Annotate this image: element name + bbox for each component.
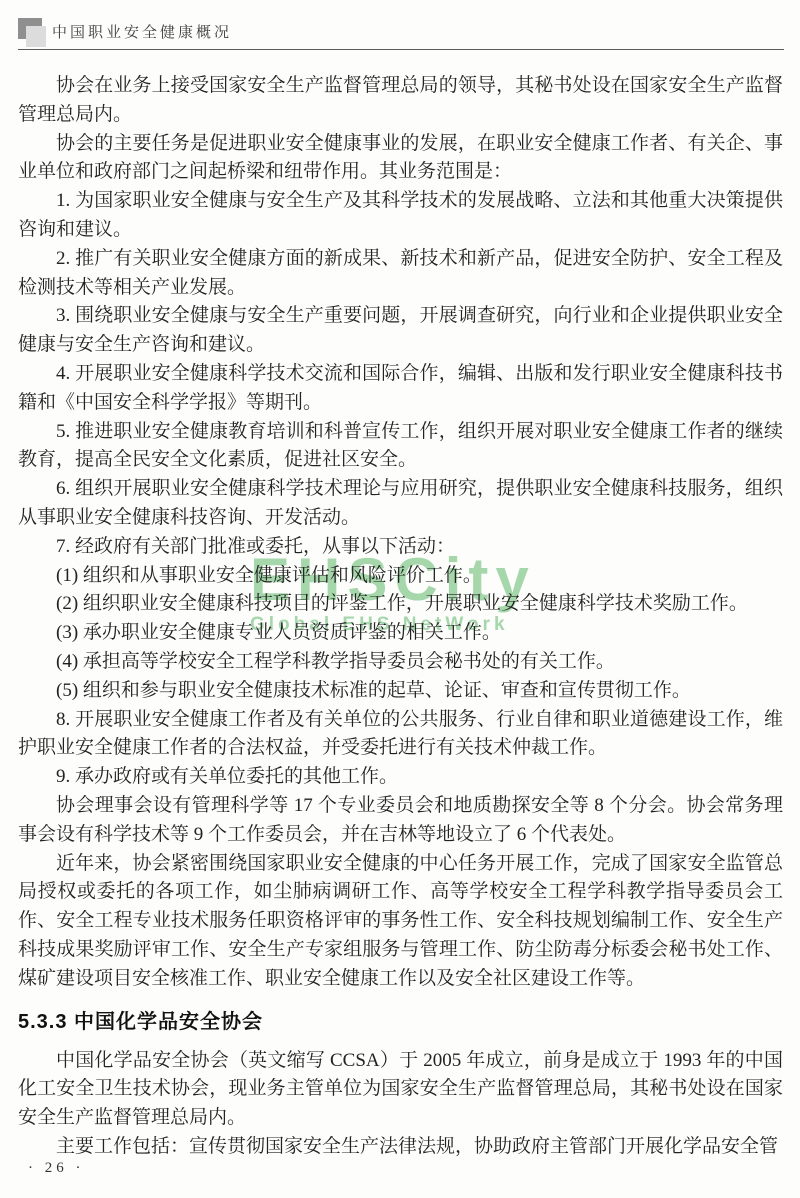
paragraph: 中国化学品安全协会（英文缩写 CCSA）于 2005 年成立，前身是成立于 19… [18, 1047, 783, 1133]
sub-list-item: (5) 组织和参与职业安全健康技术标准的起草、论证、审查和宣传贯彻工作。 [18, 677, 783, 706]
list-item: 6. 组织开展职业安全健康科学技术理论与应用研究，提供职业安全健康科技服务，组织… [18, 475, 783, 533]
paragraph: 协会的主要任务是促进职业安全健康事业的发展，在职业安全健康工作者、有关企、事业单… [18, 130, 783, 188]
page-corner-icon [18, 18, 48, 48]
page-header: 中国职业安全健康概况 [0, 0, 800, 50]
list-item: 4. 开展职业安全健康科学技术交流和国际合作，编辑、出版和发行职业安全健康科技书… [18, 360, 783, 418]
list-item: 9. 承办政府或有关单位委托的其他工作。 [18, 763, 783, 792]
list-item: 2. 推广有关职业安全健康方面的新成果、新技术和新产品，促进安全防护、安全工程及… [18, 245, 783, 303]
document-page: 中国职业安全健康概况 EHSCity Global EHS NetWork 协会… [0, 0, 800, 1198]
list-item: 8. 开展职业安全健康工作者及有关单位的公共服务、行业自律和职业道德建设工作，维… [18, 706, 783, 764]
header-divider [18, 49, 784, 50]
running-header-title: 中国职业安全健康概况 [52, 21, 232, 42]
sub-list-item: (3) 承办职业安全健康专业人员资质评鉴的相关工作。 [18, 619, 783, 648]
paragraph: 协会在业务上接受国家安全生产监督管理总局的领导，其秘书处设在国家安全生产监督管理… [18, 72, 783, 130]
page-body: 协会在业务上接受国家安全生产监督管理总局的领导，其秘书处设在国家安全生产监督管理… [18, 72, 783, 1162]
sub-list-item: (2) 组织职业安全健康科技项目的评鉴工作，开展职业安全健康科学技术奖励工作。 [18, 590, 783, 619]
sub-list-item: (1) 组织和从事职业安全健康评估和风险评价工作。 [18, 562, 783, 591]
paragraph: 主要工作包括：宣传贯彻国家安全生产法律法规，协助政府主管部门开展化学品安全管 [18, 1133, 783, 1162]
sub-list-item: (4) 承担高等学校安全工程学科教学指导委员会秘书处的有关工作。 [18, 648, 783, 677]
paragraph: 近年来，协会紧密围绕国家职业安全健康的中心任务开展工作，完成了国家安全监管总局授… [18, 850, 783, 994]
list-item: 7. 经政府有关部门批准或委托，从事以下活动： [18, 533, 783, 562]
list-item: 5. 推进职业安全健康教育培训和科普宣传工作，组织开展对职业安全健康工作者的继续… [18, 418, 783, 476]
corner-square-light [26, 26, 46, 47]
list-item: 3. 围绕职业安全健康与安全生产重要问题，开展调查研究，向行业和企业提供职业安全… [18, 302, 783, 360]
page-number: · 26 · [28, 1160, 85, 1177]
list-item: 1. 为国家职业安全健康与安全生产及其科学技术的发展战略、立法和其他重大决策提供… [18, 187, 783, 245]
paragraph: 协会理事会设有管理科学等 17 个专业委员会和地质勘探安全等 8 个分会。协会常… [18, 792, 783, 850]
section-heading: 5.3.3 中国化学品安全协会 [18, 1007, 783, 1037]
